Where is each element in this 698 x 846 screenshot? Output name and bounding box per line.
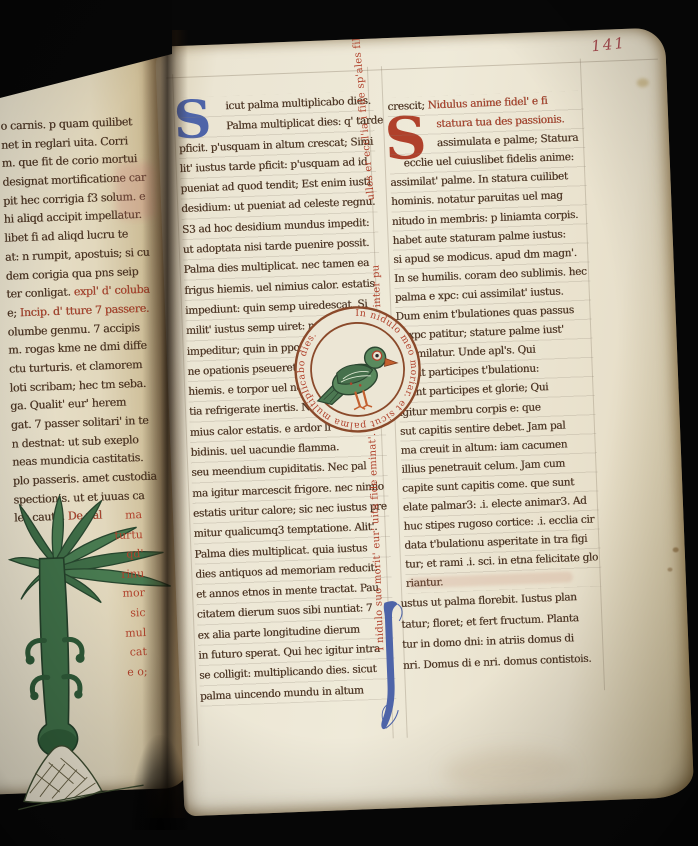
- stain: [637, 78, 649, 87]
- folio-number: 141: [590, 34, 626, 56]
- rubric-fragment: qd': [87, 544, 144, 566]
- rubric-fragment: sic: [89, 603, 146, 625]
- manuscript-page: 141 S icut palma multiplicabo dies.Palma…: [155, 27, 694, 816]
- rubric-fragment: ma: [86, 505, 143, 527]
- rubric-red-text: statura tua des passionis.: [436, 113, 565, 130]
- rubric-fragment: turtu: [87, 525, 144, 547]
- stain: [667, 567, 672, 571]
- rubric-fragment: mor: [89, 583, 146, 605]
- stain: [442, 747, 574, 794]
- ghost-initial-offset: [115, 162, 157, 219]
- ruling-line: [166, 59, 658, 79]
- rubric-fragment: e o;: [91, 662, 148, 684]
- rubric-fragment: cat: [91, 642, 148, 664]
- rubric-red-text: Nidulus anime fidel' e fi: [427, 95, 547, 112]
- chapter-rubric-fragments: maturtuqd'rinumorsicmulcate o;: [86, 505, 148, 683]
- rubric-red-text: Incip. d' tture 7 passere.: [20, 302, 150, 320]
- rubric-fragment: mul: [90, 623, 147, 645]
- rubric-fragment: rinu: [88, 564, 145, 586]
- manuscript-photograph: o carnis. p quam quilibetnet in reglari …: [0, 0, 698, 846]
- iustus-paragraph: ustus ut palma florebit. Iustus plantatu…: [400, 586, 605, 676]
- dove-medallion: In nidulo meo moriar. et sicut palma mul…: [288, 300, 427, 439]
- rubric-red-text: expl' d' coluba: [74, 283, 150, 299]
- stain: [673, 547, 679, 552]
